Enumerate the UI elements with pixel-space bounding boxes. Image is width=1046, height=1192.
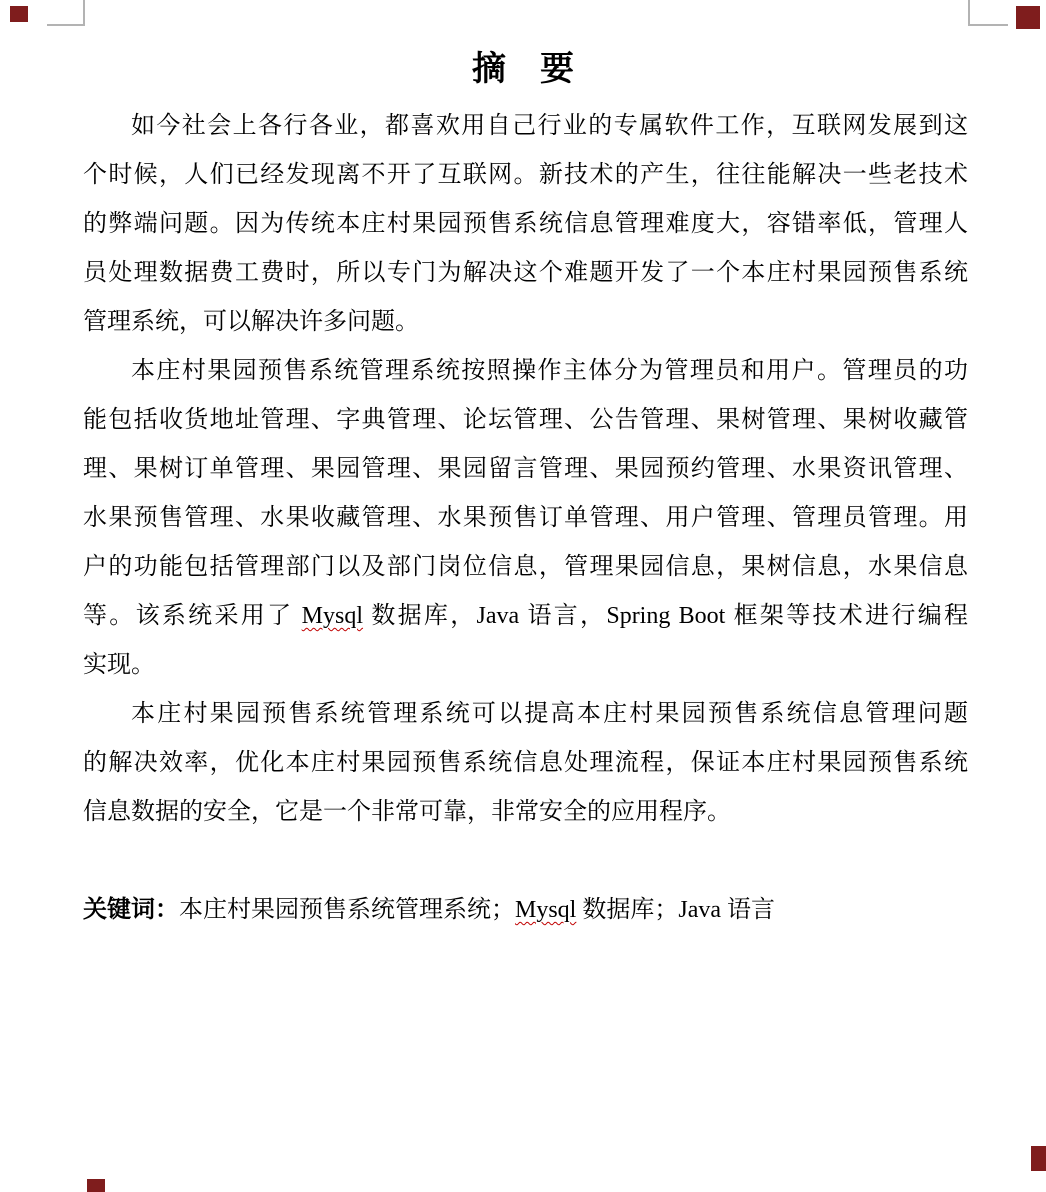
abstract-line: 户的功能包括管理部门以及部门岗位信息，管理果园信息，果树信息，水果信息 [83,543,968,592]
spellcheck-flagged-word: Mysql [515,897,576,923]
abstract-line: 实现。 [83,641,968,690]
paragraph: 本庄村果园预售系统管理系统可以提高本庄村果园预售系统信息管理问题的解决效率，优化… [83,690,968,837]
redaction-mark [1016,6,1040,29]
redaction-mark [1031,1146,1046,1171]
abstract-line: 员处理数据费工费时，所以专门为解决这个难题开发了一个本庄村果园预售系统 [83,249,968,298]
paragraph: 本庄村果园预售系统管理系统按照操作主体分为管理员和用户。管理员的功能包括收货地址… [83,347,968,690]
abstract-line: 个时候，人们已经发现离不开了互联网。新技术的产生，往往能解决一些老技术 [83,151,968,200]
abstract-line: 理、果树订单管理、果园管理、果园留言管理、果园预约管理、水果资讯管理、 [83,445,968,494]
abstract-paragraphs: 如今社会上各行各业，都喜欢用自己行业的专属软件工作，互联网发展到这个时候，人们已… [83,102,968,837]
abstract-line: 信息数据的安全，它是一个非常可靠，非常安全的应用程序。 [83,788,968,837]
abstract-line: 管理系统，可以解决许多问题。 [83,298,968,347]
abstract-line: 等。该系统采用了 Mysql 数据库，Java 语言，Spring Boot 框… [83,592,968,641]
redaction-mark [10,6,28,22]
abstract-line: 本庄村果园预售系统管理系统按照操作主体分为管理员和用户。管理员的功 [83,347,968,396]
keywords-block: 关键词：本庄村果园预售系统管理系统；Mysql 数据库；Java 语言 [83,886,968,935]
abstract-line: 水果预售管理、水果收藏管理、水果预售订单管理、用户管理、管理员管理。用 [83,494,968,543]
paragraph: 如今社会上各行各业，都喜欢用自己行业的专属软件工作，互联网发展到这个时候，人们已… [83,102,968,347]
abstract-line: 如今社会上各行各业，都喜欢用自己行业的专属软件工作，互联网发展到这 [83,102,968,151]
page-title: 摘 要 [0,48,1046,92]
abstract-line: 的解决效率，优化本庄村果园预售系统信息处理流程，保证本庄村果园预售系统 [83,739,968,788]
spellcheck-flagged-word: Mysql [302,603,363,629]
abstract-line: 本庄村果园预售系统管理系统可以提高本庄村果园预售系统信息管理问题 [83,690,968,739]
text-boundary-crop-mark-top-right [968,0,1008,26]
text-boundary-crop-mark-top-left [47,0,85,26]
keywords-line: 关键词：本庄村果园预售系统管理系统；Mysql 数据库；Java 语言 [83,886,968,935]
redaction-mark [87,1179,105,1192]
abstract-line: 的弊端问题。因为传统本庄村果园预售系统信息管理难度大，容错率低，管理人 [83,200,968,249]
abstract-body: 如今社会上各行各业，都喜欢用自己行业的专属软件工作，互联网发展到这个时候，人们已… [83,102,968,935]
document-page: 摘 要 如今社会上各行各业，都喜欢用自己行业的专属软件工作，互联网发展到这个时候… [0,0,1046,1192]
abstract-line: 能包括收货地址管理、字典管理、论坛管理、公告管理、果树管理、果树收藏管 [83,396,968,445]
